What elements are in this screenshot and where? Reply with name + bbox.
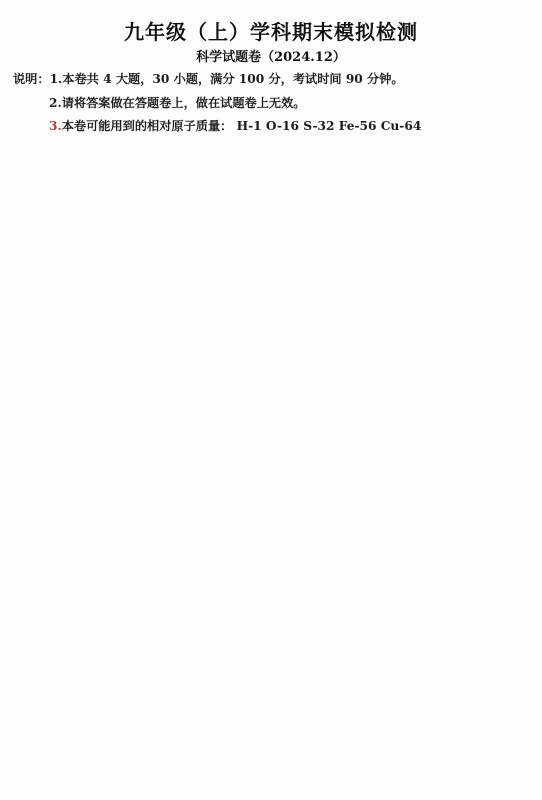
- note-text: 本卷共 4 大题，30 小题，满分 100 分，考试时间 90 分钟。: [62, 72, 403, 86]
- notes-row-2: 2.请将答案做在答题卷上，做在试题卷上无效。: [49, 95, 305, 111]
- note-num: 3.: [49, 119, 62, 133]
- page-title: 九年级（上）学科期末模拟检测: [0, 16, 542, 45]
- exam-page: 九年级（上）学科期末模拟检测 科学试题卷（2024.12） 说明：1.本卷共 4…: [0, 0, 542, 800]
- note-text: 本卷可能用到的相对原子质量： H-1 O-16 S-32 Fe-56 Cu-64: [62, 119, 422, 133]
- notes-label: 说明：: [13, 72, 50, 86]
- notes-row-3: 3.本卷可能用到的相对原子质量： H-1 O-16 S-32 Fe-56 Cu-…: [49, 118, 421, 134]
- page-subtitle: 科学试题卷（2024.12）: [0, 46, 542, 65]
- note-text: 请将答案做在答题卷上，做在试题卷上无效。: [62, 96, 306, 110]
- notes-row-1: 说明：1.本卷共 4 大题，30 小题，满分 100 分，考试时间 90 分钟。: [13, 71, 404, 87]
- note-num: 1.: [50, 72, 63, 86]
- note-num: 2.: [49, 96, 62, 110]
